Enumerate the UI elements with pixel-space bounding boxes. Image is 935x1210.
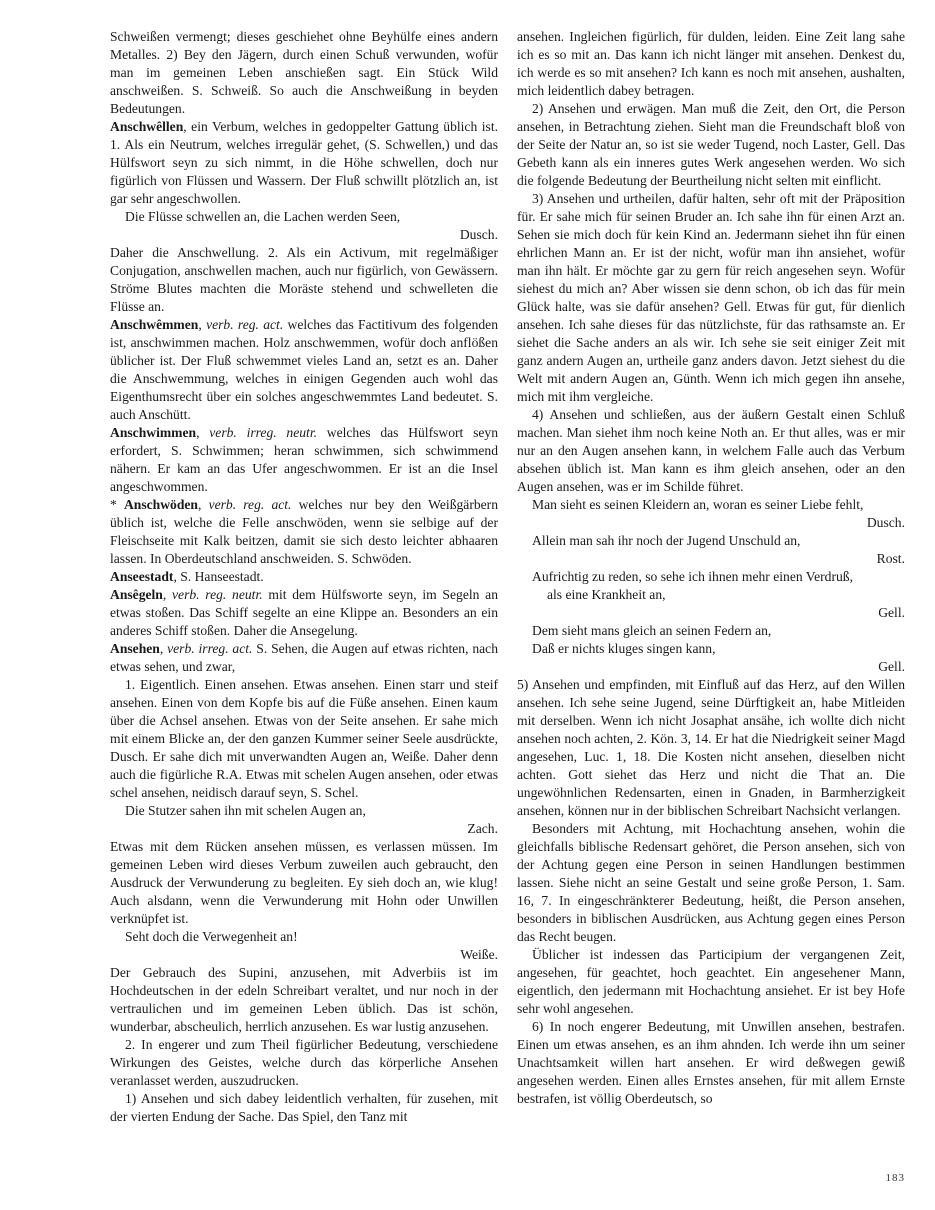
paragraph: Üblicher ist indessen das Participium de… <box>517 946 905 1018</box>
paragraph: 4) Ansehen und schließen, aus der äußern… <box>517 406 905 496</box>
quote-source: Dusch. <box>110 226 498 244</box>
entry-text: , S. Hanseestadt. <box>173 569 263 584</box>
grammar-label: verb. irreg. act. <box>167 641 252 656</box>
dictionary-entry: * Anschwöden, verb. reg. act. welches nu… <box>110 496 498 568</box>
entry-headword: Ansêgeln <box>110 587 163 602</box>
paragraph: ansehen. Ingleichen figürlich, für dulde… <box>517 28 905 100</box>
quote-source: Zach. <box>110 820 498 838</box>
grammar-label: verb. reg. act. <box>209 497 292 512</box>
entry-marker: * <box>110 497 124 512</box>
paragraph: 1) Ansehen und sich dabey leidentlich ve… <box>110 1090 498 1126</box>
verse-quote-continuation: als eine Krankheit an, <box>517 586 905 604</box>
verse-quote: Aufrichtig zu reden, so sehe ich ihnen m… <box>517 568 905 586</box>
quote-source: Dusch. <box>517 514 905 532</box>
quote-source: Gell. <box>517 604 905 622</box>
entry-headword: Anschwêllen <box>110 119 183 134</box>
paragraph: 6) In noch engerer Bedeutung, mit Unwill… <box>517 1018 905 1108</box>
grammar-label: verb. irreg. neutr. <box>209 425 317 440</box>
dictionary-entry: Ansêgeln, verb. reg. neutr. mit dem Hülf… <box>110 586 498 640</box>
dictionary-entry: Anschwêllen, ein Verbum, welches in gedo… <box>110 118 498 208</box>
verse-quote: Allein man sah ihr noch der Jugend Unsch… <box>517 532 905 550</box>
dictionary-entry: Anschwimmen, verb. irreg. neutr. welches… <box>110 424 498 496</box>
dictionary-entry: Anseestadt, S. Hanseestadt. <box>110 568 498 586</box>
verse-quote: Die Stutzer sahen ihn mit schelen Augen … <box>110 802 498 820</box>
verse-quote: Man sieht es seinen Kleidern an, woran e… <box>517 496 905 514</box>
entry-headword: Anseestadt <box>110 569 173 584</box>
paragraph: Besonders mit Achtung, mit Hochachtung a… <box>517 820 905 946</box>
verse-quote: Dem sieht mans gleich an seinen Federn a… <box>517 622 905 640</box>
entry-text: welches das Factitivum des folgenden ist… <box>110 317 498 422</box>
paragraph: 5) Ansehen und empfinden, mit Einfluß au… <box>517 676 905 820</box>
paragraph: Daher die Anschwellung. 2. Als ein Activ… <box>110 244 498 316</box>
paragraph: 2) Ansehen und erwägen. Man muß die Zeit… <box>517 100 905 190</box>
paragraph: Schweißen vermengt; dieses geschiehet oh… <box>110 28 498 118</box>
quote-source: Rost. <box>517 550 905 568</box>
paragraph: 1. Eigentlich. Einen ansehen. Etwas anse… <box>110 676 498 802</box>
left-column: Schweißen vermengt; dieses geschiehet oh… <box>110 28 498 1126</box>
verse-quote: Die Flüsse schwellen an, die Lachen werd… <box>110 208 498 226</box>
paragraph: 2. In engerer und zum Theil figürlicher … <box>110 1036 498 1090</box>
dictionary-entry: Anschwêmmen, verb. reg. act. welches das… <box>110 316 498 424</box>
entry-text: mit dem Hülfsworte seyn, im Segeln an et… <box>110 587 498 638</box>
entry-headword: Anschwêmmen <box>110 317 198 332</box>
paragraph: Etwas mit dem Rücken ansehen müssen, es … <box>110 838 498 928</box>
dictionary-entry: Ansehen, verb. irreg. act. S. Sehen, die… <box>110 640 498 676</box>
quote-source: Weiße. <box>110 946 498 964</box>
quote-source: Gell. <box>517 658 905 676</box>
verse-quote: Daß er nichts kluges singen kann, <box>517 640 905 658</box>
page-number: 183 <box>886 1172 906 1184</box>
grammar-label: verb. reg. neutr. <box>172 587 263 602</box>
verse-quote: Seht doch die Verwegenheit an! <box>110 928 498 946</box>
paragraph: 3) Ansehen und urtheilen, dafür halten, … <box>517 190 905 406</box>
entry-headword: Anschwimmen <box>110 425 196 440</box>
entry-headword: Ansehen <box>110 641 160 656</box>
right-column: ansehen. Ingleichen figürlich, für dulde… <box>517 28 905 1108</box>
paragraph: Der Gebrauch des Supini, anzusehen, mit … <box>110 964 498 1036</box>
entry-headword: Anschwöden <box>124 497 198 512</box>
grammar-label: verb. reg. act. <box>206 317 283 332</box>
